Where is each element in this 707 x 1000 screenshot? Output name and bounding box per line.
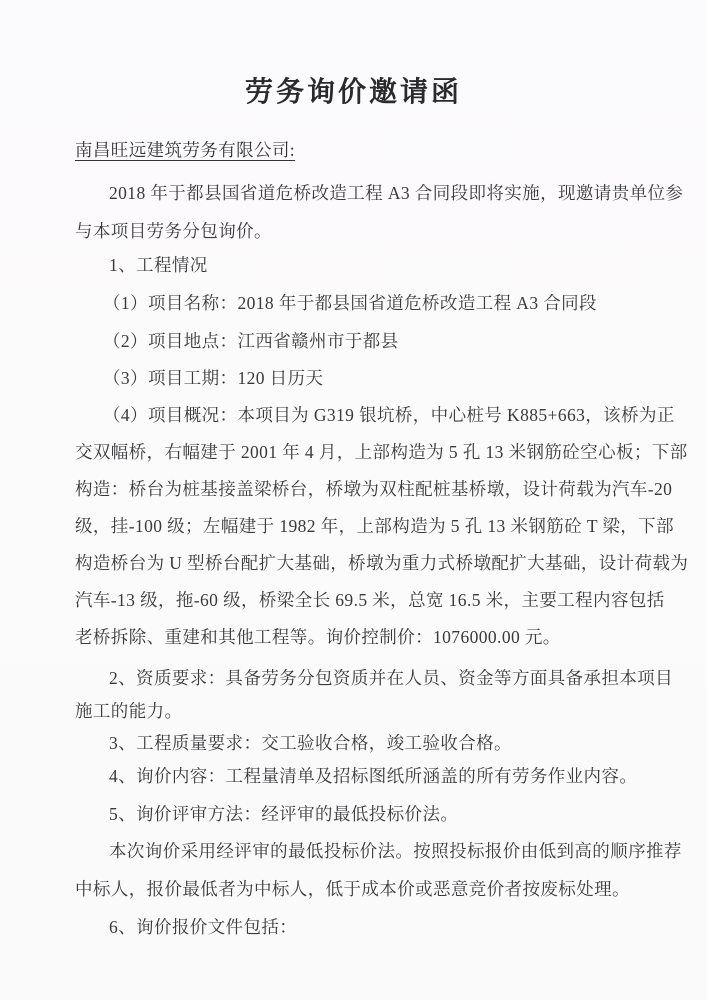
scanned-document-page: 劳务询价邀请函 南昌旺远建筑劳务有限公司: 2018 年于都县国省道危桥改造工程… (0, 0, 707, 1000)
control-price-line: 老桥拆除、重建和其他工程等。询价控制价：1076000.00 元。 (75, 627, 665, 648)
project-duration-line: （3）项目工期：120 日历天 (75, 368, 693, 389)
body-line: 中标人，报价最低者为中标人，低于成本价或恶意竞价者按废标处理。 (75, 879, 665, 900)
section-heading-project-info: 1、工程情况 (75, 255, 699, 276)
evaluation-method-line: 5、询价评审方法：经评审的最低投标价法。 (75, 804, 699, 825)
project-overview-line: （4）项目概况：本项目为 G319 银坑桥，中心桩号 K885+663，该桥为正 (75, 405, 693, 426)
qualification-requirements-line: 2、资质要求：具备劳务分包资质并在人员、资金等方面具备承担本项目 (75, 668, 699, 689)
body-line: 交双幅桥，右幅建于 2001 年 4 月，上部构造为 5 孔 13 米钢筋砼空心… (75, 442, 665, 463)
body-line: 级，挂-100 级；左幅建于 1982 年，上部构造为 5 孔 13 米钢筋砼 … (75, 516, 665, 537)
body-line: 2018 年于都县国省道危桥改造工程 A3 合同段即将实施，现邀请贵单位参 (75, 183, 699, 204)
document-title: 劳务询价邀请函 (0, 70, 707, 110)
body-line: 构造桥台为 U 型桥台配扩大基础，桥墩为重力式桥墩配扩大基础，设计荷载为 (75, 553, 665, 574)
project-location-line: （2）项目地点：江西省赣州市于都县 (75, 331, 693, 352)
project-name-line: （1）项目名称：2018 年于都县国省道危桥改造工程 A3 合同段 (75, 293, 693, 314)
inquiry-content-line: 4、询价内容：工程量清单及招标图纸所涵盖的所有劳务作业内容。 (75, 766, 699, 787)
quotation-documents-heading: 6、询价报价文件包括： (75, 917, 699, 938)
body-line: 与本项目劳务分包询价。 (75, 221, 665, 242)
body-line: 本次询价采用经评审的最低投标价法。按照投标报价由低到高的顺序推荐 (75, 841, 699, 862)
body-line: 汽车-13 级，拖-60 级，桥梁全长 69.5 米，总宽 16.5 米，主要工… (75, 590, 665, 611)
body-line: 施工的能力。 (75, 701, 665, 722)
recipient-salutation: 南昌旺远建筑劳务有限公司: (75, 140, 665, 161)
body-line: 构造：桥台为桩基接盖梁桥台，桥墩为双柱配桩基桥墩，设计荷载为汽车-20 (75, 479, 665, 500)
quality-requirements-line: 3、工程质量要求：交工验收合格，竣工验收合格。 (75, 733, 699, 754)
